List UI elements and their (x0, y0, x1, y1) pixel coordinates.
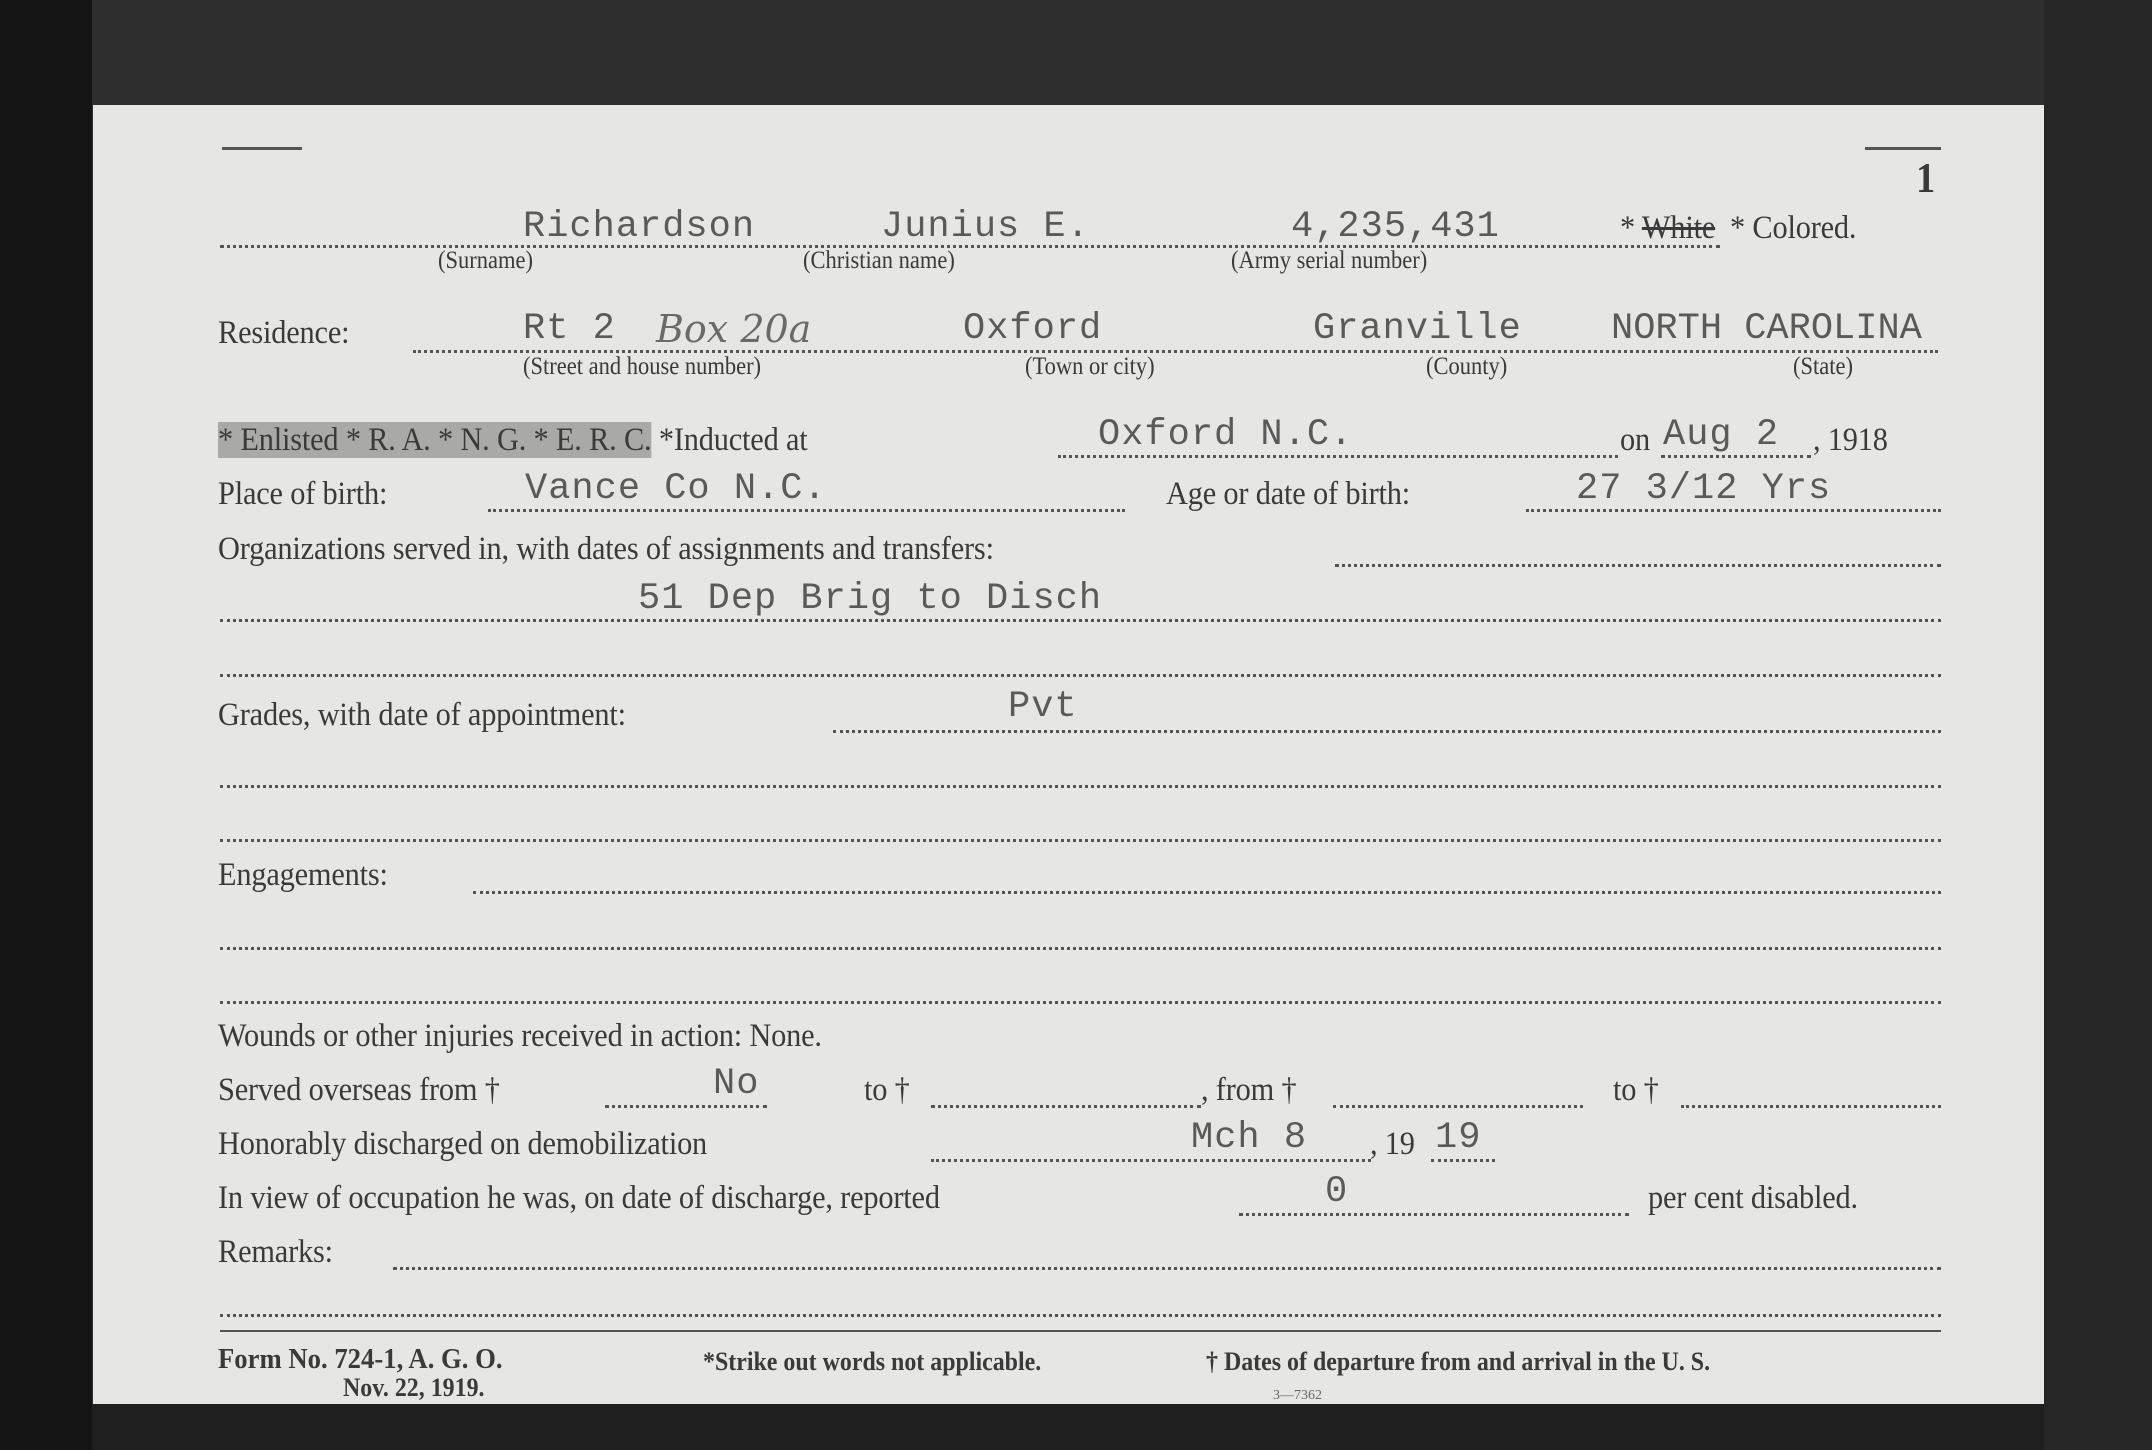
discharge-year-prefix: , 19 (1370, 1126, 1415, 1163)
on-label: on (1620, 422, 1650, 459)
state-label: (State) (1793, 353, 1853, 381)
christian-name-value: Junius E. (881, 206, 1090, 248)
discharge-date: Mch 8 (1191, 1117, 1307, 1159)
service-record-card: 1 Richardson Junius E. 4,235,431 * White… (93, 105, 2044, 1404)
overseas-from2-line (1333, 1105, 1583, 1108)
discharge-label: Honorably discharged on demobilization (218, 1126, 707, 1163)
scan-left-border (0, 0, 92, 1450)
town-label: (Town or city) (1025, 353, 1155, 381)
street-label: (Street and house number) (523, 353, 761, 381)
engagements-label: Engagements: (218, 857, 388, 894)
remarks-line-1 (393, 1267, 1941, 1270)
grades-label: Grades, with date of appointment: (218, 697, 626, 734)
christian-name-label: (Christian name) (803, 247, 955, 275)
organizations-line-3 (220, 674, 1941, 677)
grades-line-3 (220, 839, 1941, 842)
form-number: Form No. 724-1, A. G. O. (218, 1343, 503, 1376)
grades-line-2 (220, 785, 1941, 788)
age-label: Age or date of birth: (1166, 476, 1410, 513)
residence-town: Oxford (963, 308, 1102, 350)
surname-label: (Surname) (438, 247, 533, 275)
top-left-rule (222, 147, 302, 150)
disability-line (1239, 1213, 1629, 1216)
serial-number-label: (Army serial number) (1231, 247, 1427, 275)
discharge-date-line (931, 1159, 1371, 1162)
overseas-from-value: No (713, 1063, 759, 1105)
enlistment-options: * Enlisted * R. A. * N. G. * E. R. C. *I… (218, 422, 808, 459)
place-of-birth-value: Vance Co N.C. (525, 468, 827, 510)
wounds-value: None. (749, 1018, 821, 1054)
organizations-label: Organizations served in, with dates of a… (218, 531, 994, 568)
residence-label: Residence: (218, 315, 349, 352)
induction-date: Aug 2 (1663, 414, 1779, 456)
serial-number-value: 4,235,431 (1291, 206, 1500, 248)
remarks-line-2 (220, 1314, 1941, 1317)
footnote-dates: † Dates of departure from and arrival in… (1206, 1347, 1710, 1377)
residence-street-typed: Rt 2 (523, 308, 616, 350)
overseas-to2-label: to † (1613, 1072, 1659, 1109)
engagements-line-2 (220, 947, 1941, 950)
race-colored: Colored. (1752, 210, 1856, 246)
scan-bottom-border (92, 1404, 2044, 1450)
surname-value: Richardson (523, 206, 755, 248)
footnote-strike-out: *Strike out words not applicable. (703, 1347, 1041, 1377)
organizations-line-1 (1335, 564, 1941, 567)
scan-right-border (2044, 0, 2152, 1450)
footer-rule (220, 1330, 1941, 1332)
wounds-label: Wounds or other injuries received in act… (218, 1018, 822, 1055)
print-code: 3—7362 (1273, 1388, 1322, 1404)
overseas-to-line (931, 1105, 1201, 1108)
induction-year: , 1918 (1813, 422, 1888, 459)
disability-suffix: per cent disabled. (1648, 1180, 1858, 1217)
page-number: 1 (1916, 155, 1935, 203)
disability-value: 0 (1325, 1171, 1348, 1213)
race-options: * White * Colored. (1620, 210, 1856, 247)
race-white-struck: White (1642, 210, 1715, 246)
overseas-to2-line (1681, 1105, 1941, 1108)
residence-state: NORTH CAROLINA (1611, 308, 1922, 350)
overseas-from2-label: , from † (1201, 1072, 1297, 1109)
disability-label: In view of occupation he was, on date of… (218, 1180, 940, 1217)
residence-county: Granville (1313, 308, 1522, 350)
overseas-to-label: to † (864, 1072, 910, 1109)
age-value: 27 3/12 Yrs (1576, 468, 1831, 510)
engagements-line-1 (473, 891, 1941, 894)
form-date: Nov. 22, 1919. (343, 1373, 485, 1403)
discharge-year-line (1431, 1159, 1495, 1162)
place-of-birth-label: Place of birth: (218, 476, 387, 513)
top-right-rule (1865, 147, 1941, 150)
county-label: (County) (1426, 353, 1507, 381)
organizations-value: 51 Dep Brig to Disch (638, 578, 1102, 620)
engagements-line-3 (220, 1001, 1941, 1004)
overseas-from-line (605, 1105, 767, 1108)
grades-value: Pvt (1008, 686, 1078, 728)
grades-line-1 (833, 730, 1941, 733)
served-overseas-label: Served overseas from † (218, 1072, 500, 1109)
remarks-label: Remarks: (218, 1234, 333, 1271)
inducted-place: Oxford N.C. (1098, 414, 1353, 456)
residence-street-handwritten: Box 20a (656, 307, 811, 351)
discharge-year: 19 (1435, 1117, 1481, 1159)
